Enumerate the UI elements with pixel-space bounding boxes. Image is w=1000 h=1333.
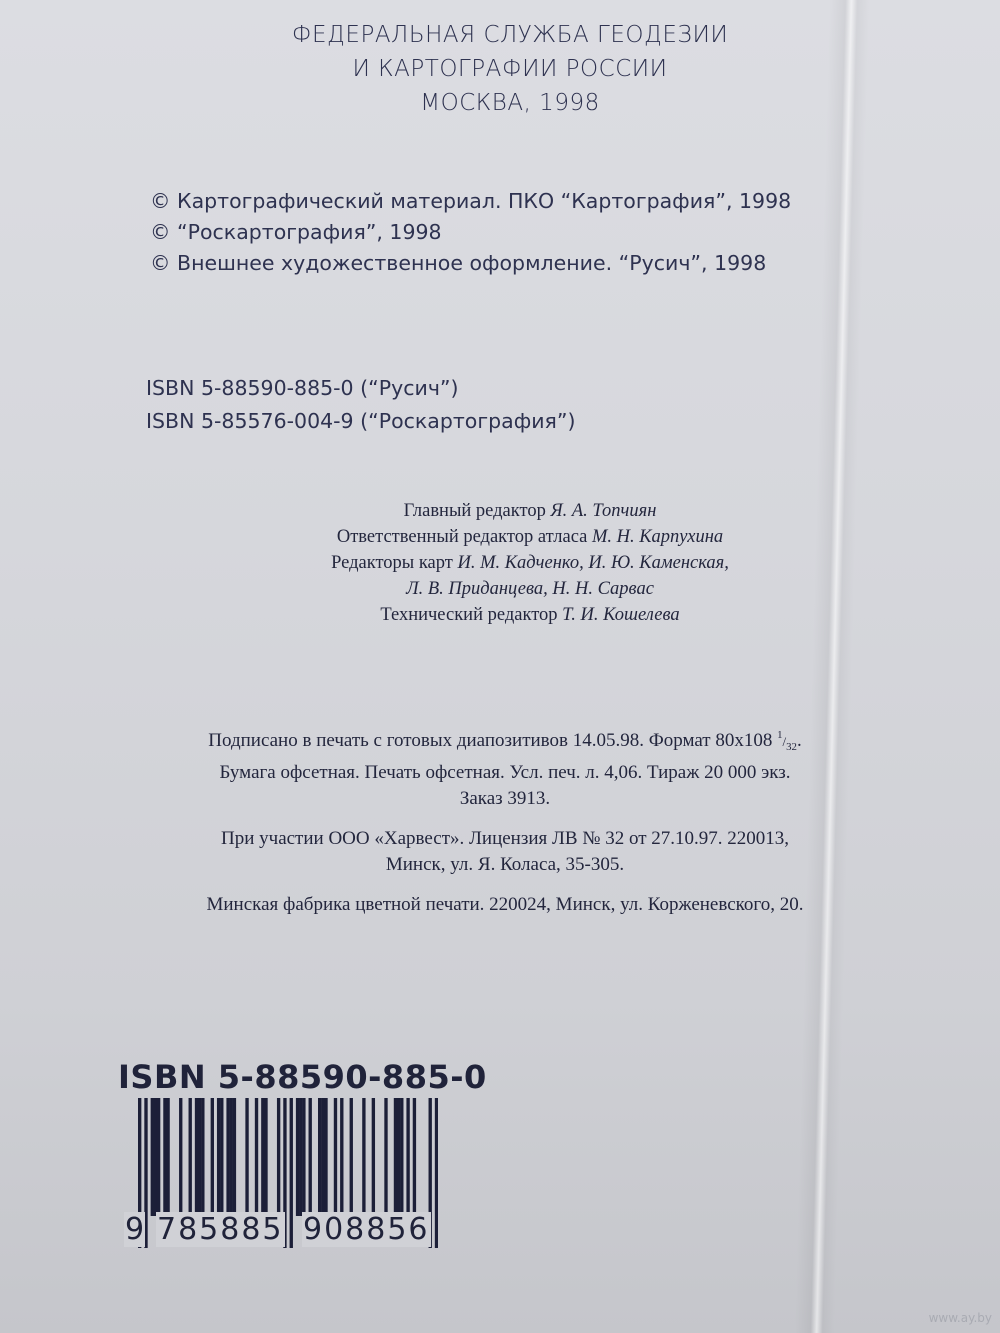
header-line: МОСКВА, 1998 bbox=[240, 86, 780, 120]
credit-line: Редакторы карт И. М. Кадченко, И. Ю. Кам… bbox=[250, 550, 810, 576]
ean-right-group: 908856 bbox=[302, 1212, 431, 1247]
imprint-text: Подписано в печать с готовых диапозитиво… bbox=[208, 730, 772, 751]
isbn-list: ISBN 5-88590-885-0 (“Русич”) ISBN 5-8557… bbox=[146, 372, 576, 438]
imprint-line: При участии ООО «Харвест». Лицензия ЛВ №… bbox=[110, 826, 900, 852]
credit-line: Технический редактор Т. И. Кошелева bbox=[250, 602, 810, 628]
imprint-line: Подписано в печать с готовых диапозитиво… bbox=[110, 722, 900, 760]
ean-left-group: 785885 bbox=[156, 1212, 285, 1247]
paper-crease bbox=[795, 0, 870, 1333]
imprint-text: . bbox=[797, 730, 802, 751]
editorial-credits: Главный редактор Я. А. Топчиян Ответстве… bbox=[250, 498, 810, 628]
imprint-line: Минская фабрика цветной печати. 220024, … bbox=[110, 892, 900, 918]
credit-role: Редакторы карт bbox=[331, 553, 453, 573]
imprint-line: Заказ 3913. bbox=[110, 786, 900, 812]
credit-names: Л. В. Приданцева, Н. Н. Сарвас bbox=[406, 579, 654, 599]
header-line: ФЕДЕРАЛЬНАЯ СЛУЖБА ГЕОДЕЗИИ bbox=[240, 18, 780, 52]
fraction-denominator: 32 bbox=[786, 741, 797, 753]
credit-role: Ответственный редактор атласа bbox=[337, 527, 587, 547]
barcode-isbn-label: ISBN 5-88590-885-0 bbox=[118, 1058, 487, 1096]
isbn-line: ISBN 5-88590-885-0 (“Русич”) bbox=[146, 372, 576, 405]
imprint-line: Бумага офсетная. Печать офсетная. Усл. п… bbox=[110, 760, 900, 786]
credit-names: М. Н. Карпухина bbox=[592, 527, 723, 547]
credit-line: Главный редактор Я. А. Топчиян bbox=[250, 498, 810, 524]
copyright-line: © “Роскартография”, 1998 bbox=[150, 217, 791, 248]
credit-names: Т. И. Кошелева bbox=[562, 605, 679, 625]
credit-names: И. М. Кадченко, И. Ю. Каменская, bbox=[458, 553, 729, 573]
credit-role: Главный редактор bbox=[404, 501, 546, 521]
imprint-block: Подписано в печать с готовых диапозитиво… bbox=[110, 722, 900, 918]
fraction-numerator: 1 bbox=[777, 729, 782, 741]
header-line: И КАРТОГРАФИИ РОССИИ bbox=[240, 52, 780, 86]
format-fraction: 1/32 bbox=[777, 734, 797, 749]
credit-line: Л. В. Приданцева, Н. Н. Сарвас bbox=[250, 576, 810, 602]
watermark: www.ay.by bbox=[929, 1311, 992, 1325]
ean-first-digit: 9 bbox=[124, 1212, 145, 1247]
copyright-line: © Внешнее художественное оформление. “Ру… bbox=[150, 248, 791, 279]
publisher-header: ФЕДЕРАЛЬНАЯ СЛУЖБА ГЕОДЕЗИИ И КАРТОГРАФИ… bbox=[240, 18, 780, 120]
copyright-notices: © Картографический материал. ПКО “Картог… bbox=[150, 186, 791, 279]
barcode-digits: 9 785885 908856 bbox=[120, 1212, 450, 1252]
credit-line: Ответственный редактор атласа М. Н. Карп… bbox=[250, 524, 810, 550]
credit-names: Я. А. Топчиян bbox=[550, 501, 656, 521]
credit-role: Технический редактор bbox=[380, 605, 557, 625]
isbn-line: ISBN 5-85576-004-9 (“Роскартография”) bbox=[146, 405, 576, 438]
imprint-line: Минск, ул. Я. Коласа, 35-305. bbox=[110, 852, 900, 878]
copyright-line: © Картографический материал. ПКО “Картог… bbox=[150, 186, 791, 217]
